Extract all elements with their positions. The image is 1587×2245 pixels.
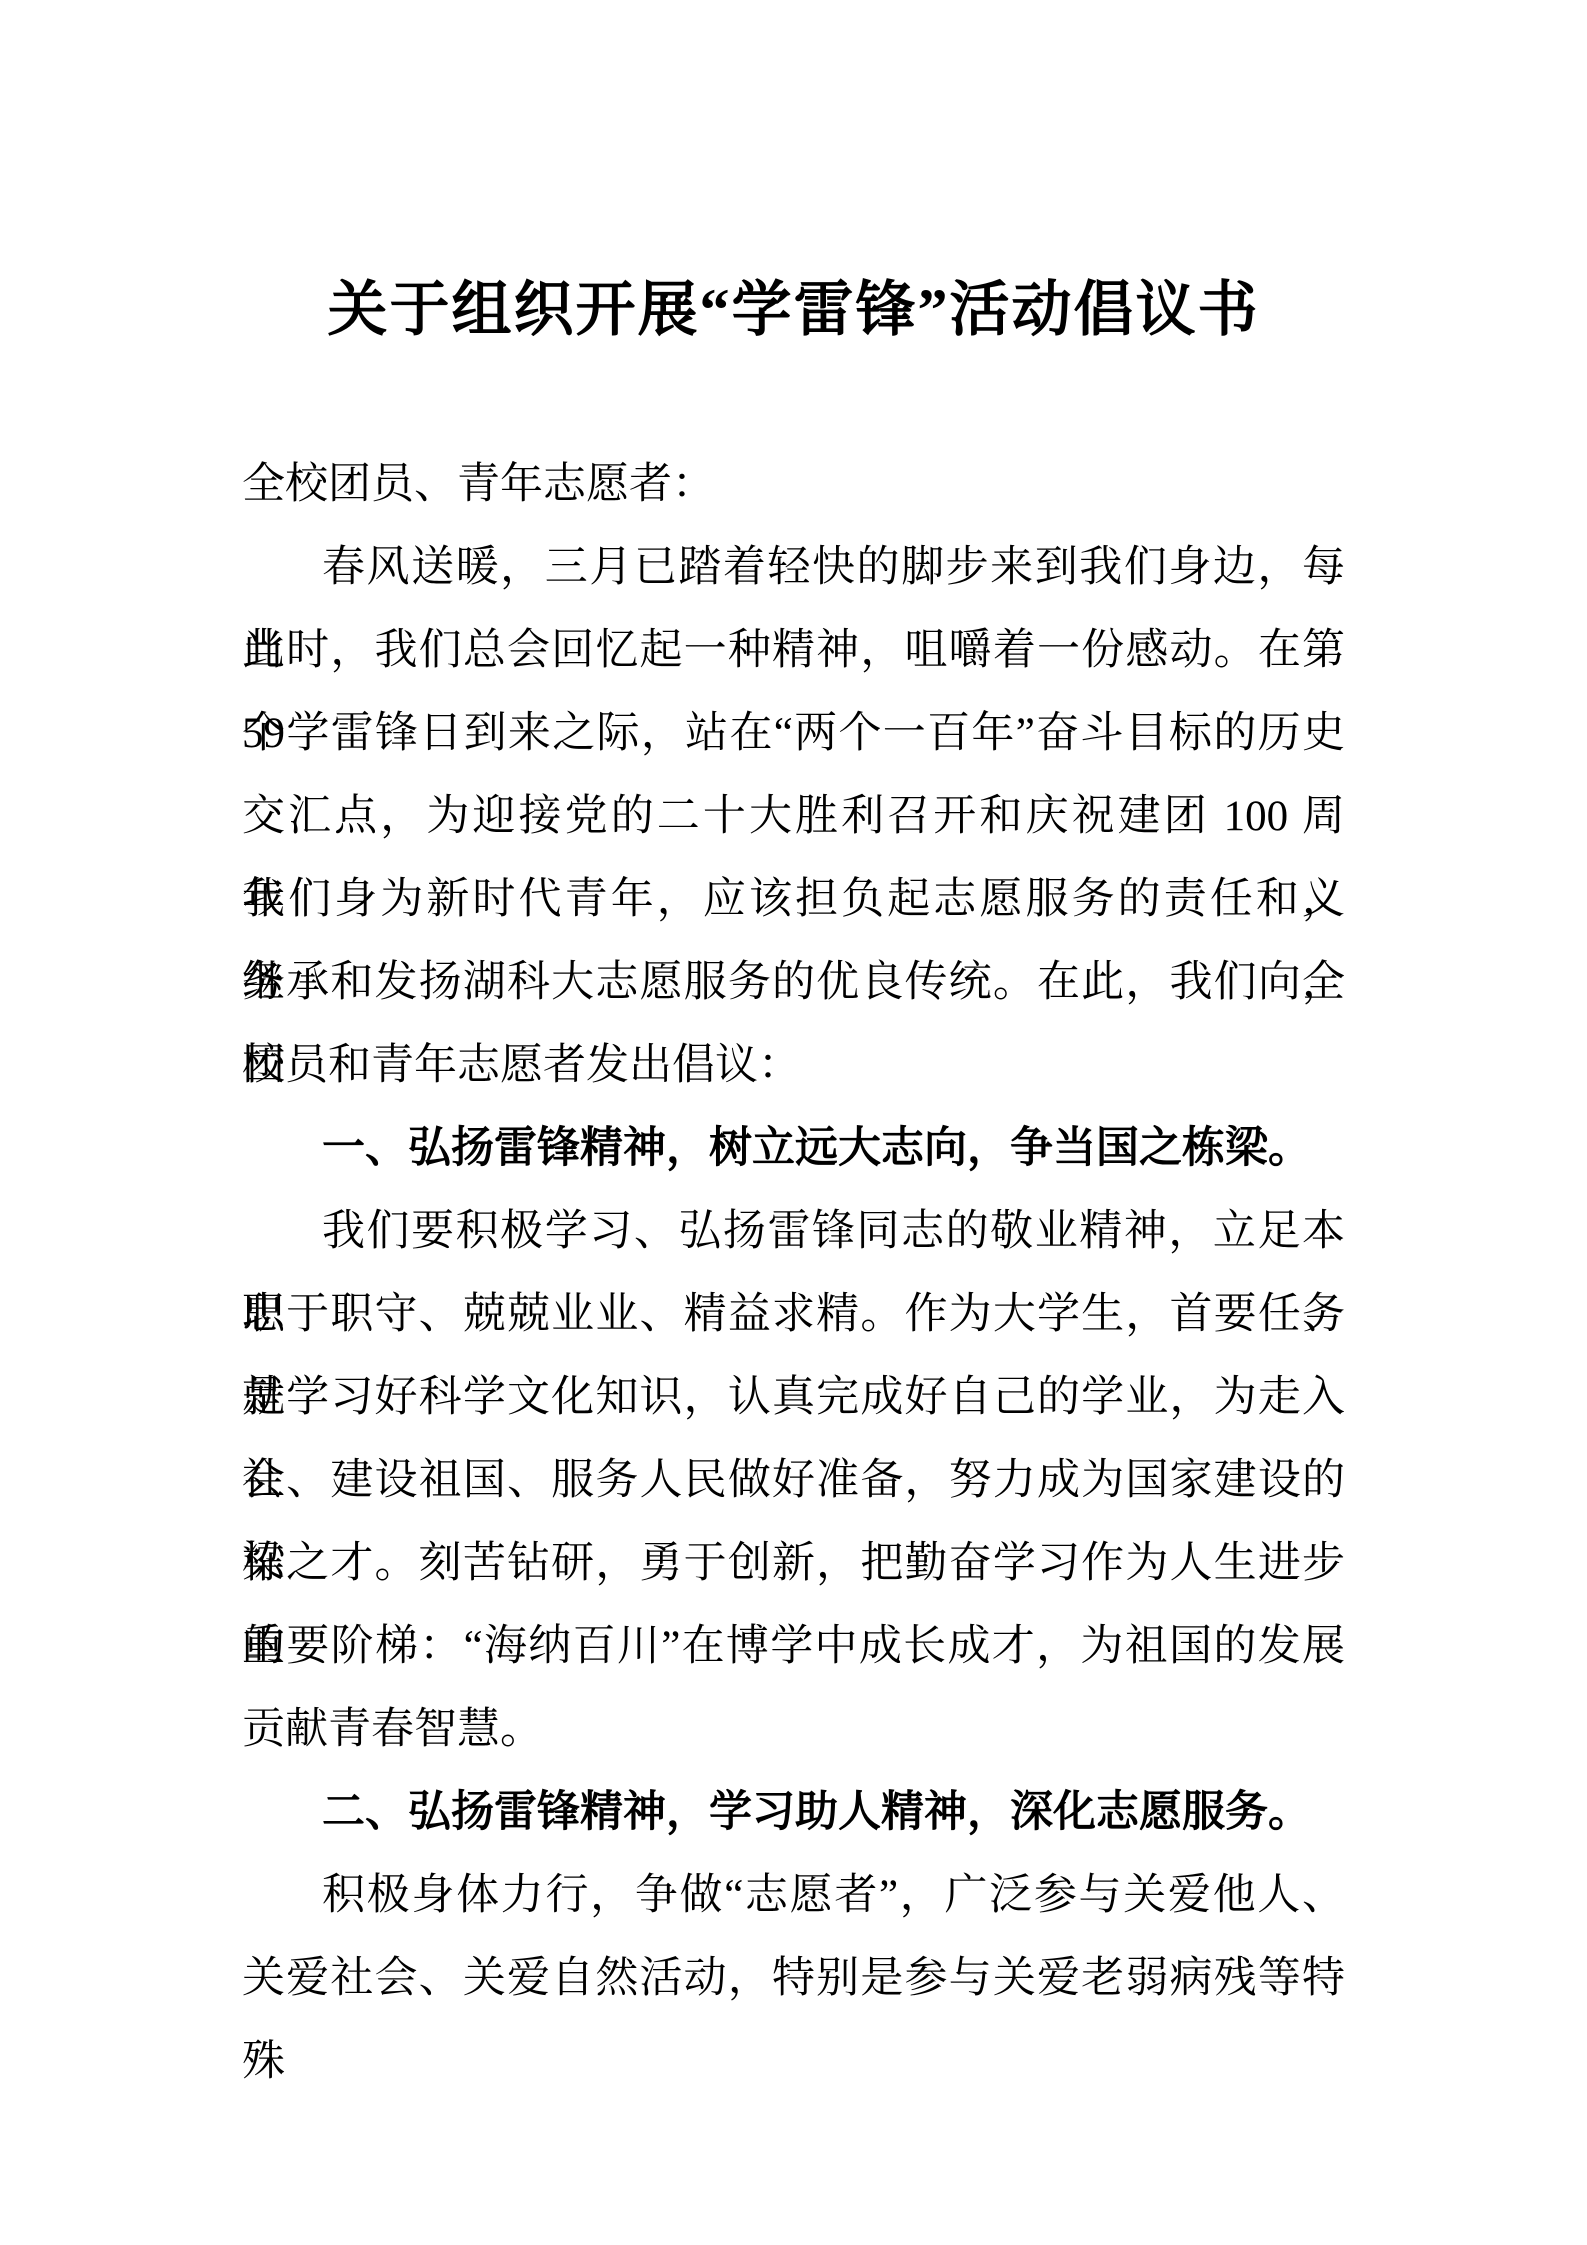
text-line: 贡献青春智慧。	[242, 1688, 1345, 1771]
text-line: 重要阶梯：“海纳百川”在博学中成长成才，为祖国的发展	[242, 1605, 1345, 1688]
text-line: 团员和青年志愿者发出倡议：	[242, 1024, 1345, 1107]
text-line: 个学雷锋日到来之际，站在“两个一百年”奋斗目标的历史	[242, 692, 1345, 775]
text-line: 梁之才。刻苦钻研，勇于创新，把勤奋学习作为人生进步的	[242, 1522, 1345, 1605]
text-line: 我们要积极学习、弘扬雷锋同志的敬业精神，立足本职、	[242, 1190, 1345, 1273]
text-line: 春风送暖，三月已踏着轻快的脚步来到我们身边，每当	[242, 526, 1345, 609]
text-line: 继承和发扬湖科大志愿服务的优良传统。在此，我们向全校	[242, 941, 1345, 1024]
text-line: 关爱社会、关爱自然活动，特别是参与关爱老弱病残等特殊	[242, 1937, 1345, 2020]
section-heading: 一、弘扬雷锋精神，树立远大志向，争当国之栋梁。	[242, 1107, 1345, 1190]
text-line: 是学习好科学文化知识，认真完成好自己的学业，为走入社	[242, 1356, 1345, 1439]
text-line: 会、建设祖国、服务人民做好准备，努力成为国家建设的栋	[242, 1439, 1345, 1522]
section-heading: 二、弘扬雷锋精神，学习助人精神，深化志愿服务。	[242, 1771, 1345, 1854]
text-line: 我们身为新时代青年，应该担负起志愿服务的责任和义务，	[242, 858, 1345, 941]
salutation-line: 全校团员、青年志愿者：	[242, 443, 1345, 526]
text-line: 交汇点，为迎接党的二十大胜利召开和庆祝建团 100 周年，	[242, 775, 1345, 858]
text-line: 此时，我们总会回忆起一种精神，咀嚼着一份感动。在第 59	[242, 609, 1345, 692]
text-line: 忠于职守、兢兢业业、精益求精。作为大学生，首要任务就	[242, 1273, 1345, 1356]
text-line: 积极身体力行，争做“志愿者”，广泛参与关爱他人、	[242, 1854, 1345, 1937]
document-title: 关于组织开展“学雷锋”活动倡议书	[0, 276, 1587, 344]
document-page: 关于组织开展“学雷锋”活动倡议书 全校团员、青年志愿者： 春风送暖，三月已踏着轻…	[0, 0, 1587, 2245]
document-body: 全校团员、青年志愿者： 春风送暖，三月已踏着轻快的脚步来到我们身边，每当 此时，…	[242, 443, 1345, 2020]
